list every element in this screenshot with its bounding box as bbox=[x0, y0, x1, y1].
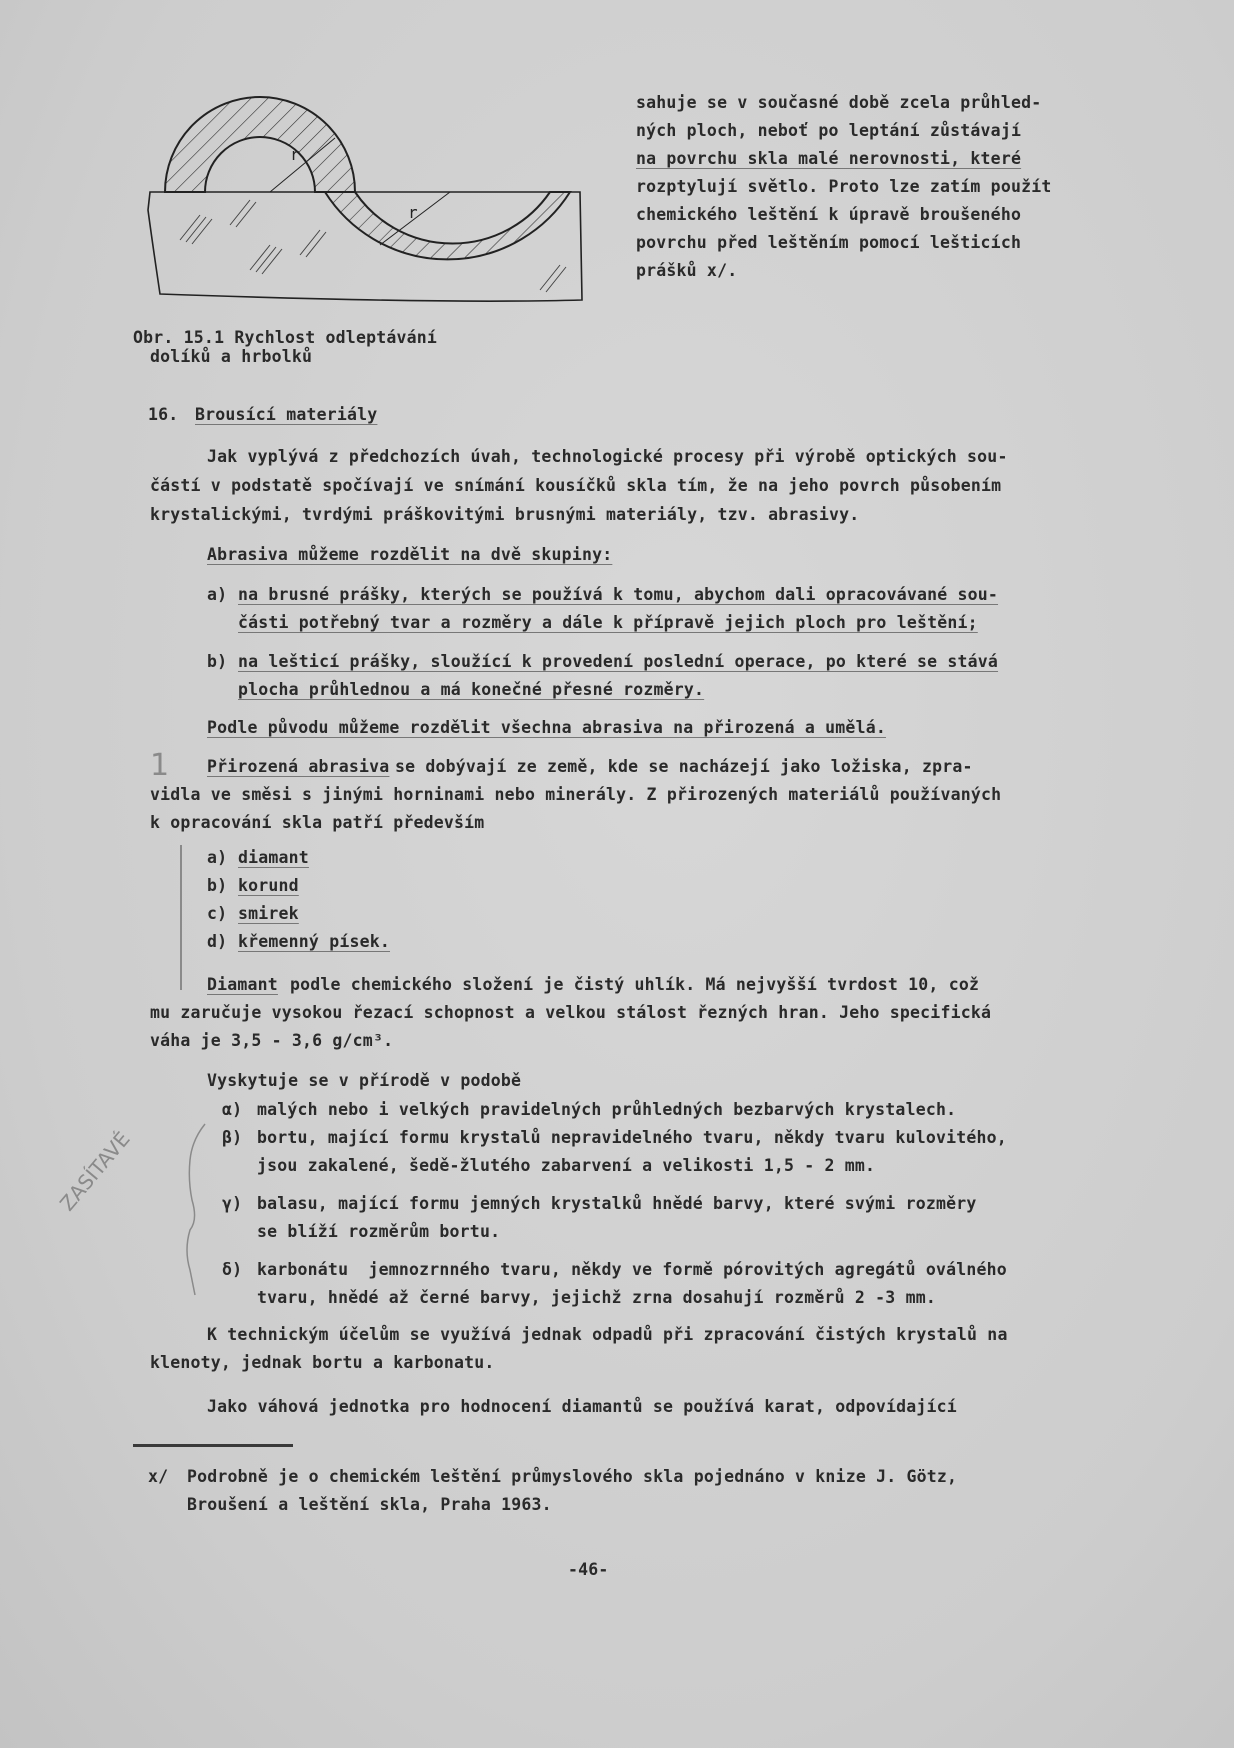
figure-caption-line2: dolíků a hrbolků bbox=[150, 347, 312, 366]
group-marker: a) bbox=[207, 585, 227, 604]
diamond-line: mu zaručuje vysokou řezací schopnost a v… bbox=[150, 1003, 991, 1022]
page-number: -46- bbox=[568, 1560, 609, 1579]
groups-intro: Abrasiva můžeme rozdělit na dvě skupiny: bbox=[207, 545, 612, 564]
form-line: se blíží rozměrům bortu. bbox=[257, 1222, 500, 1241]
diamond-line: váha je 3,5 - 3,6 g/cm³. bbox=[150, 1031, 393, 1050]
natural-line: se dobývají ze země, kde se nacházejí ja… bbox=[395, 757, 973, 776]
section-number: 16. bbox=[148, 405, 178, 424]
pencil-margin-note: ZASÍTAVÉ bbox=[55, 1127, 135, 1215]
pencil-brace bbox=[180, 1120, 210, 1300]
form-marker: β) bbox=[222, 1128, 242, 1147]
list-marker: d) bbox=[207, 932, 227, 951]
right-column-line: sahuje se v současné době zcela průhled- bbox=[636, 93, 1041, 112]
intro-line: krystalickými, tvrdými práškovitými brus… bbox=[150, 505, 859, 524]
footnote-line: Podrobně je o chemickém leštění průmyslo… bbox=[187, 1467, 957, 1486]
list-marker: a) bbox=[207, 848, 227, 867]
right-column-line: rozptylují světlo. Proto lze zatím použí… bbox=[636, 177, 1052, 196]
diamond-line: podle chemického složení je čistý uhlík.… bbox=[290, 975, 979, 994]
form-line: tvaru, hnědé až černé barvy, jejichž zrn… bbox=[257, 1288, 936, 1307]
group-line: na lešticí prášky, sloužící k provedení … bbox=[238, 652, 998, 671]
natural-line: k opracování skla patří především bbox=[150, 813, 484, 832]
section-title: Brousící materiály bbox=[195, 405, 377, 424]
list-marker: c) bbox=[207, 904, 227, 923]
right-column-line: na povrchu skla malé nerovnosti, které bbox=[636, 149, 1021, 168]
form-marker: α) bbox=[222, 1100, 242, 1119]
group-line: plocha průhlednou a má konečné přesné ro… bbox=[238, 680, 704, 699]
carat-line: Jako váhová jednotka pro hodnocení diama… bbox=[207, 1397, 957, 1416]
technical-line: K technickým účelům se využívá jednak od… bbox=[207, 1325, 1008, 1344]
footnote-rule bbox=[133, 1444, 293, 1447]
radius-label-pit: r bbox=[408, 203, 418, 222]
etching-diagram: r r bbox=[140, 90, 600, 320]
list-item: křemenný písek. bbox=[238, 932, 390, 951]
right-column-line: chemického leštění k úpravě broušeného bbox=[636, 205, 1021, 224]
natural-term: Přirozená abrasiva bbox=[207, 757, 389, 776]
natural-line: vidla ve směsi s jinými horninami nebo m… bbox=[150, 785, 1001, 804]
right-column-line: povrchu před leštěním pomocí lešticích bbox=[636, 233, 1021, 252]
right-column-line: ných ploch, neboť po leptání zůstávají bbox=[636, 121, 1021, 140]
pencil-margin-line bbox=[180, 845, 182, 990]
form-line: bortu, mající formu krystalů nepravideln… bbox=[257, 1128, 1007, 1147]
technical-line: klenoty, jednak bortu a karbonatu. bbox=[150, 1353, 495, 1372]
radius-label-bump: r bbox=[290, 145, 300, 164]
footnote-line: Broušení a leštění skla, Praha 1963. bbox=[187, 1495, 552, 1514]
form-marker: δ) bbox=[222, 1260, 242, 1279]
list-item: smirek bbox=[238, 904, 299, 923]
right-column-line: prášků x/. bbox=[636, 261, 737, 280]
footnote-marker: x/ bbox=[148, 1467, 168, 1486]
form-line: jsou zakalené, šedě-žlutého zabarvení a … bbox=[257, 1156, 875, 1175]
list-item: diamant bbox=[238, 848, 309, 867]
form-line: malých nebo i velkých pravidelných průhl… bbox=[257, 1100, 956, 1119]
pencil-mark: 1 bbox=[150, 748, 169, 783]
origin-line: Podle původu můžeme rozdělit všechna abr… bbox=[207, 718, 886, 737]
intro-line: částí v podstatě spočívají ve snímání ko… bbox=[150, 476, 1001, 495]
form-marker: γ) bbox=[222, 1194, 242, 1213]
list-item: korund bbox=[238, 876, 299, 895]
document-page: r r Obr. 15.1 Rychlost odleptávání dolík… bbox=[0, 0, 1234, 1748]
group-line: na brusné prášky, kterých se používá k t… bbox=[238, 585, 998, 604]
form-line: balasu, mající formu jemných krystalků h… bbox=[257, 1194, 977, 1213]
intro-line: Jak vyplývá z předchozích úvah, technolo… bbox=[207, 447, 1008, 466]
figure-caption: Obr. 15.1 Rychlost odleptávání bbox=[133, 328, 437, 347]
form-line: karbonátu jemnozrnného tvaru, někdy ve f… bbox=[257, 1260, 1007, 1279]
group-line: části potřebný tvar a rozměry a dále k p… bbox=[238, 613, 978, 632]
list-marker: b) bbox=[207, 876, 227, 895]
occurs-line: Vyskytuje se v přírodě v podobě bbox=[207, 1071, 521, 1090]
group-marker: b) bbox=[207, 652, 227, 671]
diamond-term: Diamant bbox=[207, 975, 278, 994]
